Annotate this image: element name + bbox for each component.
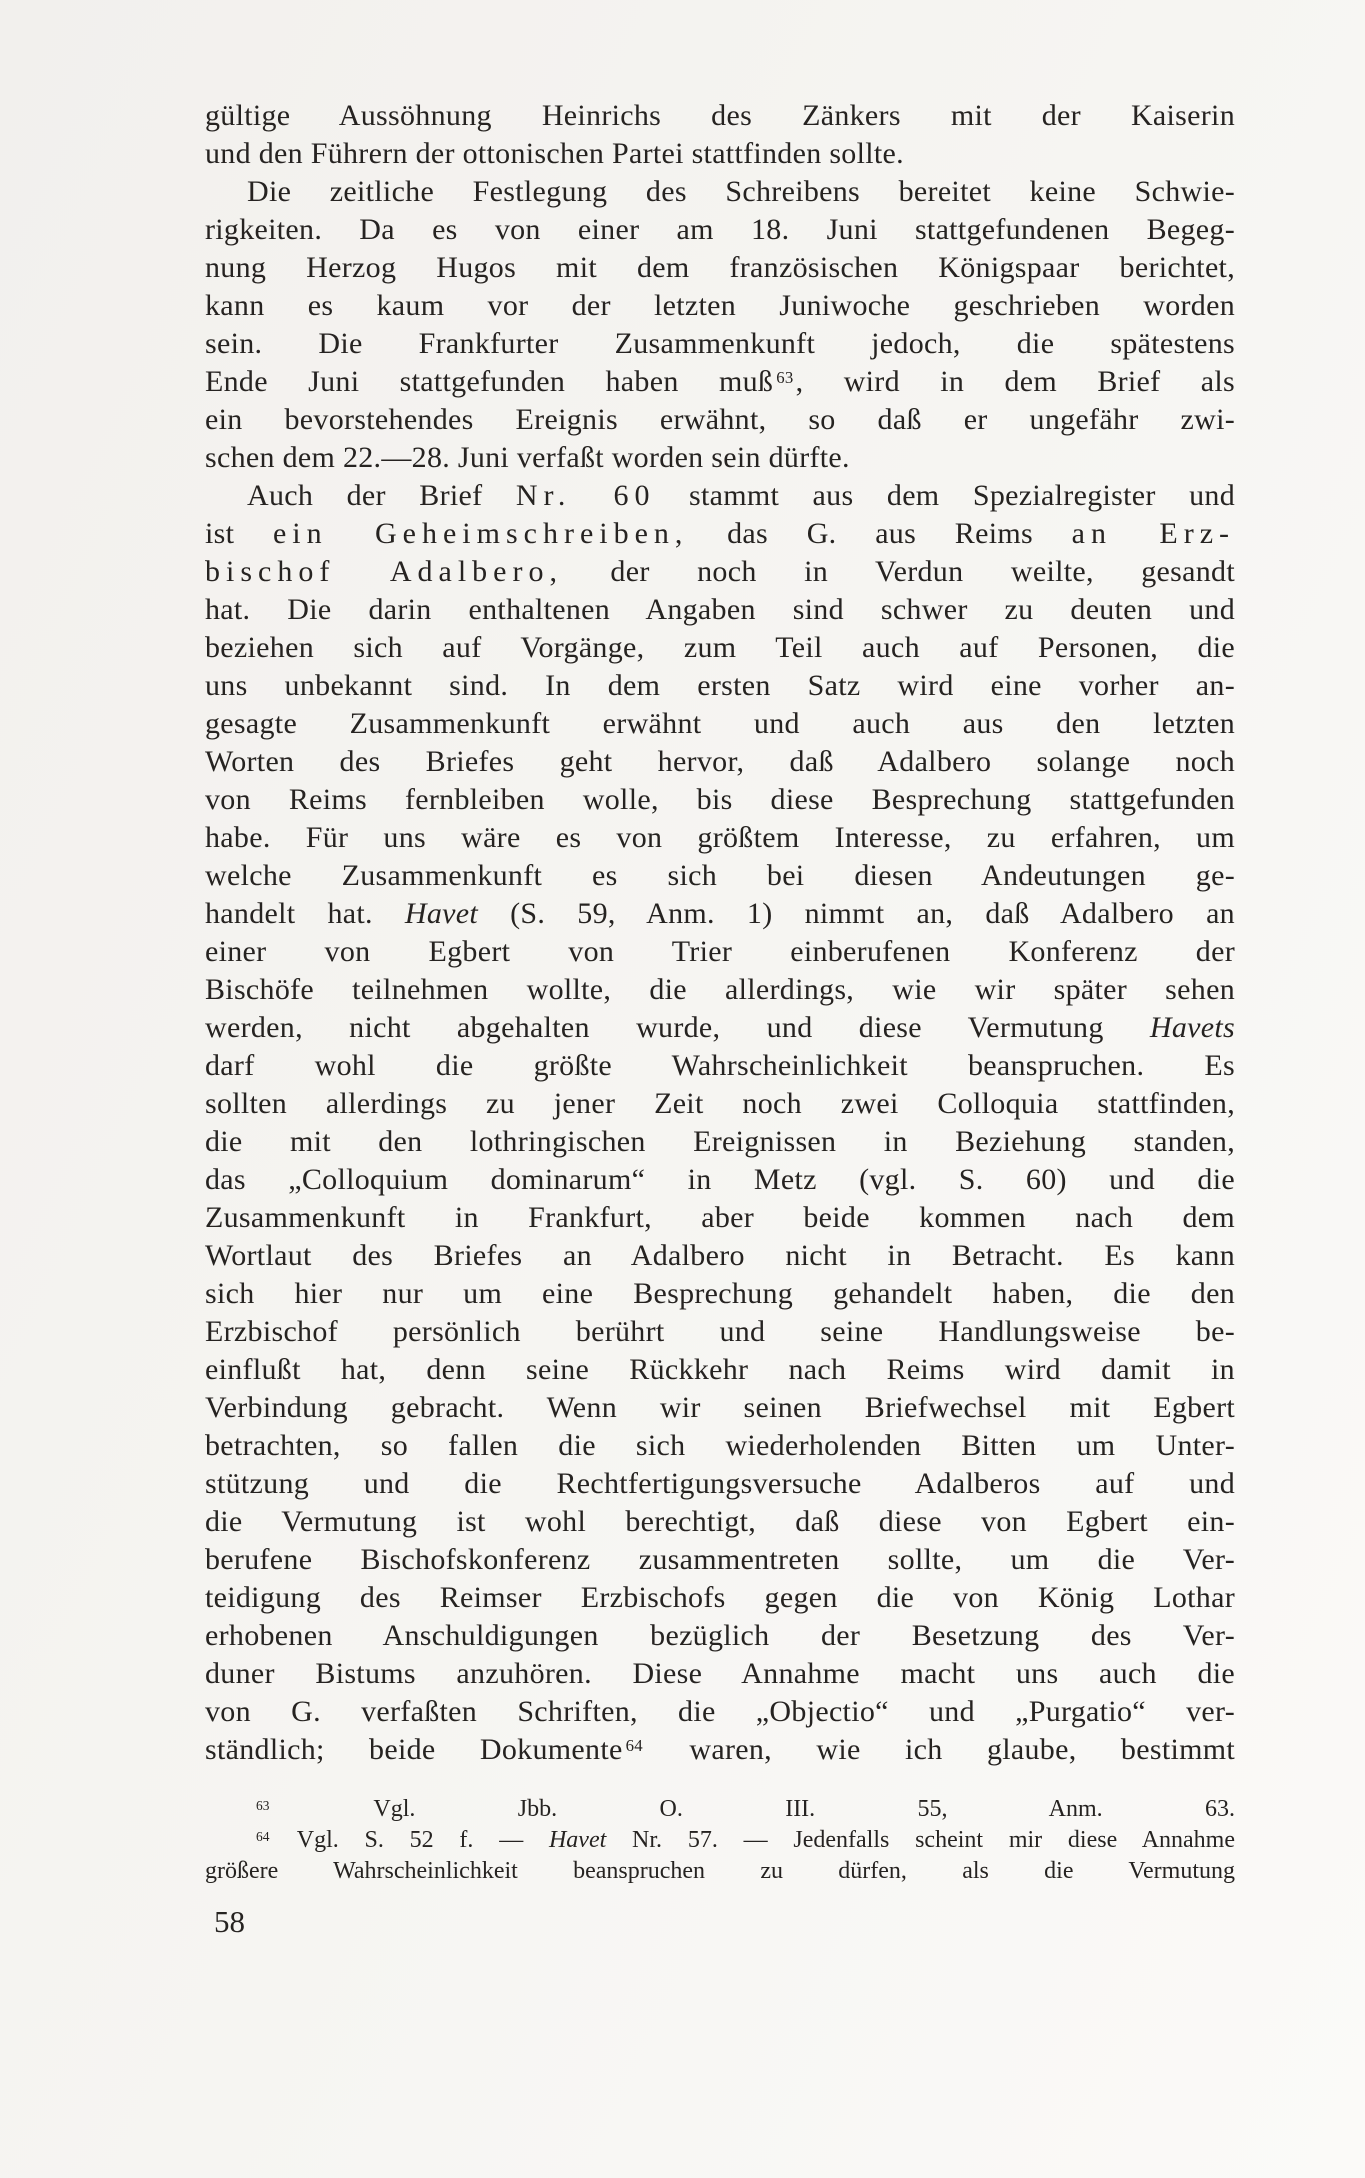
- text-segment: die Vermutung ist wohl berechtigt, daß d…: [205, 1505, 1235, 1538]
- text-segment: (S. 59, Anm. 1) nimmt an, daß Adalbero a…: [478, 897, 1235, 930]
- text-segment: die mit den lothringischen Ereignissen i…: [205, 1125, 1235, 1158]
- text-segment: gesagte Zusammenkunft erwähnt und auch a…: [205, 707, 1235, 740]
- text-segment: bischof Adalbero,: [205, 555, 563, 588]
- text-line: Verbindung gebracht. Wenn wir seinen Bri…: [205, 1389, 1235, 1427]
- text-line: größere Wahrscheinlichkeit beanspruchen …: [205, 1856, 1235, 1887]
- text-line: von G. verfaßten Schriften, die „Objecti…: [205, 1693, 1235, 1731]
- text-segment: Havet: [549, 1827, 606, 1853]
- text-line: sein. Die Frankfurter Zusammenkunft jedo…: [205, 325, 1235, 363]
- text-segment: ein Geheimschreiben,: [273, 517, 688, 550]
- text-line: einflußt hat, denn seine Rückkehr nach R…: [205, 1351, 1235, 1389]
- text-line: schen dem 22.—28. Juni verfaßt worden se…: [205, 439, 1235, 477]
- page-number: 58: [214, 1903, 245, 1941]
- text-segment: der noch in Verdun weilte, gesandt: [563, 555, 1235, 588]
- text-segment: von Reims fernbleiben wolle, bis diese B…: [205, 783, 1235, 816]
- text-segment: waren, wie ich glaube, bestimmt: [645, 1733, 1235, 1766]
- text-segment: , wird in dem Brief als: [796, 365, 1235, 398]
- text-segment: das „Colloquium dominarum“ in Metz (vgl.…: [205, 1163, 1235, 1196]
- text-segment: kann es kaum vor der letzten Juniwoche g…: [205, 289, 1235, 322]
- text-segment: das G. aus Reims: [688, 517, 1071, 550]
- text-segment: nung Herzog Hugos mit dem französischen …: [205, 251, 1235, 284]
- text-segment: Ende Juni stattgefunden haben muß: [205, 365, 773, 398]
- text-line: das „Colloquium dominarum“ in Metz (vgl.…: [205, 1161, 1235, 1199]
- text-segment: Vgl. S. 52 f. —: [271, 1827, 549, 1853]
- text-line: nung Herzog Hugos mit dem französischen …: [205, 249, 1235, 287]
- text-line: die mit den lothringischen Ereignissen i…: [205, 1123, 1235, 1161]
- text-line: ist ein Geheimschreiben, das G. aus Reim…: [205, 515, 1235, 553]
- text-line: Wortlaut des Briefes an Adalbero nicht i…: [205, 1237, 1235, 1275]
- text-line: einer von Egbert von Trier einberufenen …: [205, 933, 1235, 971]
- text-line: berufene Bischofskonferenz zusammentrete…: [205, 1541, 1235, 1579]
- text-line: 63 Vgl. Jbb. O. III. 55, Anm. 63.: [205, 1794, 1235, 1825]
- text-line: hat. Die darin enthaltenen Angaben sind …: [205, 591, 1235, 629]
- text-line: Bischöfe teilnehmen wollte, die allerdin…: [205, 971, 1235, 1009]
- text-segment: sollten allerdings zu jener Zeit noch zw…: [205, 1087, 1235, 1120]
- text-line: rigkeiten. Da es von einer am 18. Juni s…: [205, 211, 1235, 249]
- text-line: Erzbischof persönlich berührt und seine …: [205, 1313, 1235, 1351]
- text-line: darf wohl die größte Wahrscheinlichkeit …: [205, 1047, 1235, 1085]
- text-line: duner Bistums anzuhören. Diese Annahme m…: [205, 1655, 1235, 1693]
- text-segment: Wortlaut des Briefes an Adalbero nicht i…: [205, 1239, 1235, 1272]
- text-segment: Zusammenkunft in Frankfurt, aber beide k…: [205, 1201, 1235, 1234]
- text-line: sich hier nur um eine Besprechung gehand…: [205, 1275, 1235, 1313]
- text-line: ein bevorstehendes Ereignis erwähnt, so …: [205, 401, 1235, 439]
- text-segment: hat. Die darin enthaltenen Angaben sind …: [205, 593, 1235, 626]
- text-segment: Havet: [405, 897, 478, 930]
- text-segment: werden, nicht abgehalten wurde, und dies…: [205, 1011, 1150, 1044]
- text-line: sollten allerdings zu jener Zeit noch zw…: [205, 1085, 1235, 1123]
- text-segment: Worten des Briefes geht hervor, daß Adal…: [205, 745, 1235, 778]
- text-segment: Auch der Brief: [247, 479, 516, 512]
- text-segment: Die zeitliche Festlegung des Schreibens …: [247, 175, 1235, 208]
- text-segment: schen dem 22.—28. Juni verfaßt worden se…: [205, 441, 850, 474]
- text-segment: teidigung des Reimser Erzbischofs gegen …: [205, 1581, 1235, 1614]
- footnote-marker: 63: [253, 1798, 271, 1813]
- text-line: Zusammenkunft in Frankfurt, aber beide k…: [205, 1199, 1235, 1237]
- text-segment: beziehen sich auf Vorgänge, zum Teil auc…: [205, 631, 1235, 664]
- text-line: welche Zusammenkunft es sich bei diesen …: [205, 857, 1235, 895]
- footnotes: 63 Vgl. Jbb. O. III. 55, Anm. 63.64 Vgl.…: [205, 1794, 1235, 1887]
- text-segment: stützung und die Rechtfertigungsversuche…: [205, 1467, 1235, 1500]
- text-line: gültige Aussöhnung Heinrichs des Zänkers…: [205, 97, 1235, 135]
- text-line: und den Führern der ottonischen Partei s…: [205, 135, 1235, 173]
- text-line: werden, nicht abgehalten wurde, und dies…: [205, 1009, 1235, 1047]
- text-segment: ist: [205, 517, 273, 550]
- text-line: Ende Juni stattgefunden haben muß63, wir…: [205, 363, 1235, 401]
- text-segment: handelt hat.: [205, 897, 405, 930]
- text-line: bischof Adalbero, der noch in Verdun wei…: [205, 553, 1235, 591]
- footnote-marker: 64: [253, 1829, 271, 1844]
- text-segment: Erzbischof persönlich berührt und seine …: [205, 1315, 1235, 1348]
- text-segment: an Erz-: [1072, 517, 1235, 550]
- text-line: erhobenen Anschuldigungen bezüglich der …: [205, 1617, 1235, 1655]
- text-segment: Verbindung gebracht. Wenn wir seinen Bri…: [205, 1391, 1235, 1424]
- text-segment: habe. Für uns wäre es von größtem Intere…: [205, 821, 1235, 854]
- text-segment: gültige Aussöhnung Heinrichs des Zänkers…: [205, 99, 1235, 132]
- book-page: gültige Aussöhnung Heinrichs des Zänkers…: [0, 0, 1365, 2178]
- text-line: 64 Vgl. S. 52 f. — Havet Nr. 57. — Jeden…: [205, 1825, 1235, 1856]
- text-line: die Vermutung ist wohl berechtigt, daß d…: [205, 1503, 1235, 1541]
- text-segment: uns unbekannt sind. In dem ersten Satz w…: [205, 669, 1235, 702]
- text-segment: erhobenen Anschuldigungen bezüglich der …: [205, 1619, 1235, 1652]
- text-segment: berufene Bischofskonferenz zusammentrete…: [205, 1543, 1235, 1576]
- text-segment: darf wohl die größte Wahrscheinlichkeit …: [205, 1049, 1235, 1082]
- body-text: gültige Aussöhnung Heinrichs des Zänkers…: [205, 97, 1235, 1769]
- text-segment: und den Führern der ottonischen Partei s…: [205, 137, 904, 170]
- text-segment: Nr. 57. — Jedenfalls scheint mir diese A…: [606, 1827, 1235, 1853]
- text-line: betrachten, so fallen die sich wiederhol…: [205, 1427, 1235, 1465]
- text-segment: duner Bistums anzuhören. Diese Annahme m…: [205, 1657, 1235, 1690]
- text-line: ständlich; beide Dokumente64 waren, wie …: [205, 1731, 1235, 1769]
- text-line: handelt hat. Havet (S. 59, Anm. 1) nimmt…: [205, 895, 1235, 933]
- text-line: von Reims fernbleiben wolle, bis diese B…: [205, 781, 1235, 819]
- text-segment: ständlich; beide Dokumente: [205, 1733, 623, 1766]
- text-line: beziehen sich auf Vorgänge, zum Teil auc…: [205, 629, 1235, 667]
- text-line: Die zeitliche Festlegung des Schreibens …: [205, 173, 1235, 211]
- text-segment: Bischöfe teilnehmen wollte, die allerdin…: [205, 973, 1235, 1006]
- text-segment: sich hier nur um eine Besprechung gehand…: [205, 1277, 1235, 1310]
- text-line: gesagte Zusammenkunft erwähnt und auch a…: [205, 705, 1235, 743]
- footnote-marker: 63: [773, 368, 795, 387]
- text-line: teidigung des Reimser Erzbischofs gegen …: [205, 1579, 1235, 1617]
- text-segment: rigkeiten. Da es von einer am 18. Juni s…: [205, 213, 1235, 246]
- text-segment: welche Zusammenkunft es sich bei diesen …: [205, 859, 1235, 892]
- text-segment: Havets: [1150, 1011, 1235, 1044]
- text-segment: größere Wahrscheinlichkeit beanspruchen …: [205, 1858, 1235, 1884]
- text-line: stützung und die Rechtfertigungsversuche…: [205, 1465, 1235, 1503]
- text-segment: Nr. 60: [516, 479, 656, 512]
- text-line: uns unbekannt sind. In dem ersten Satz w…: [205, 667, 1235, 705]
- text-segment: ein bevorstehendes Ereignis erwähnt, so …: [205, 403, 1235, 436]
- text-segment: einer von Egbert von Trier einberufenen …: [205, 935, 1235, 968]
- text-segment: von G. verfaßten Schriften, die „Objecti…: [205, 1695, 1235, 1728]
- text-segment: sein. Die Frankfurter Zusammenkunft jedo…: [205, 327, 1235, 360]
- text-line: Worten des Briefes geht hervor, daß Adal…: [205, 743, 1235, 781]
- text-line: habe. Für uns wäre es von größtem Intere…: [205, 819, 1235, 857]
- text-segment: Vgl. Jbb. O. III. 55, Anm. 63.: [271, 1796, 1235, 1822]
- text-segment: einflußt hat, denn seine Rückkehr nach R…: [205, 1353, 1235, 1386]
- text-segment: stammt aus dem Spezialregister und: [656, 479, 1235, 512]
- text-segment: betrachten, so fallen die sich wiederhol…: [205, 1429, 1235, 1462]
- footnote-marker: 64: [623, 1736, 645, 1755]
- text-line: Auch der Brief Nr. 60 stammt aus dem Spe…: [205, 477, 1235, 515]
- text-line: kann es kaum vor der letzten Juniwoche g…: [205, 287, 1235, 325]
